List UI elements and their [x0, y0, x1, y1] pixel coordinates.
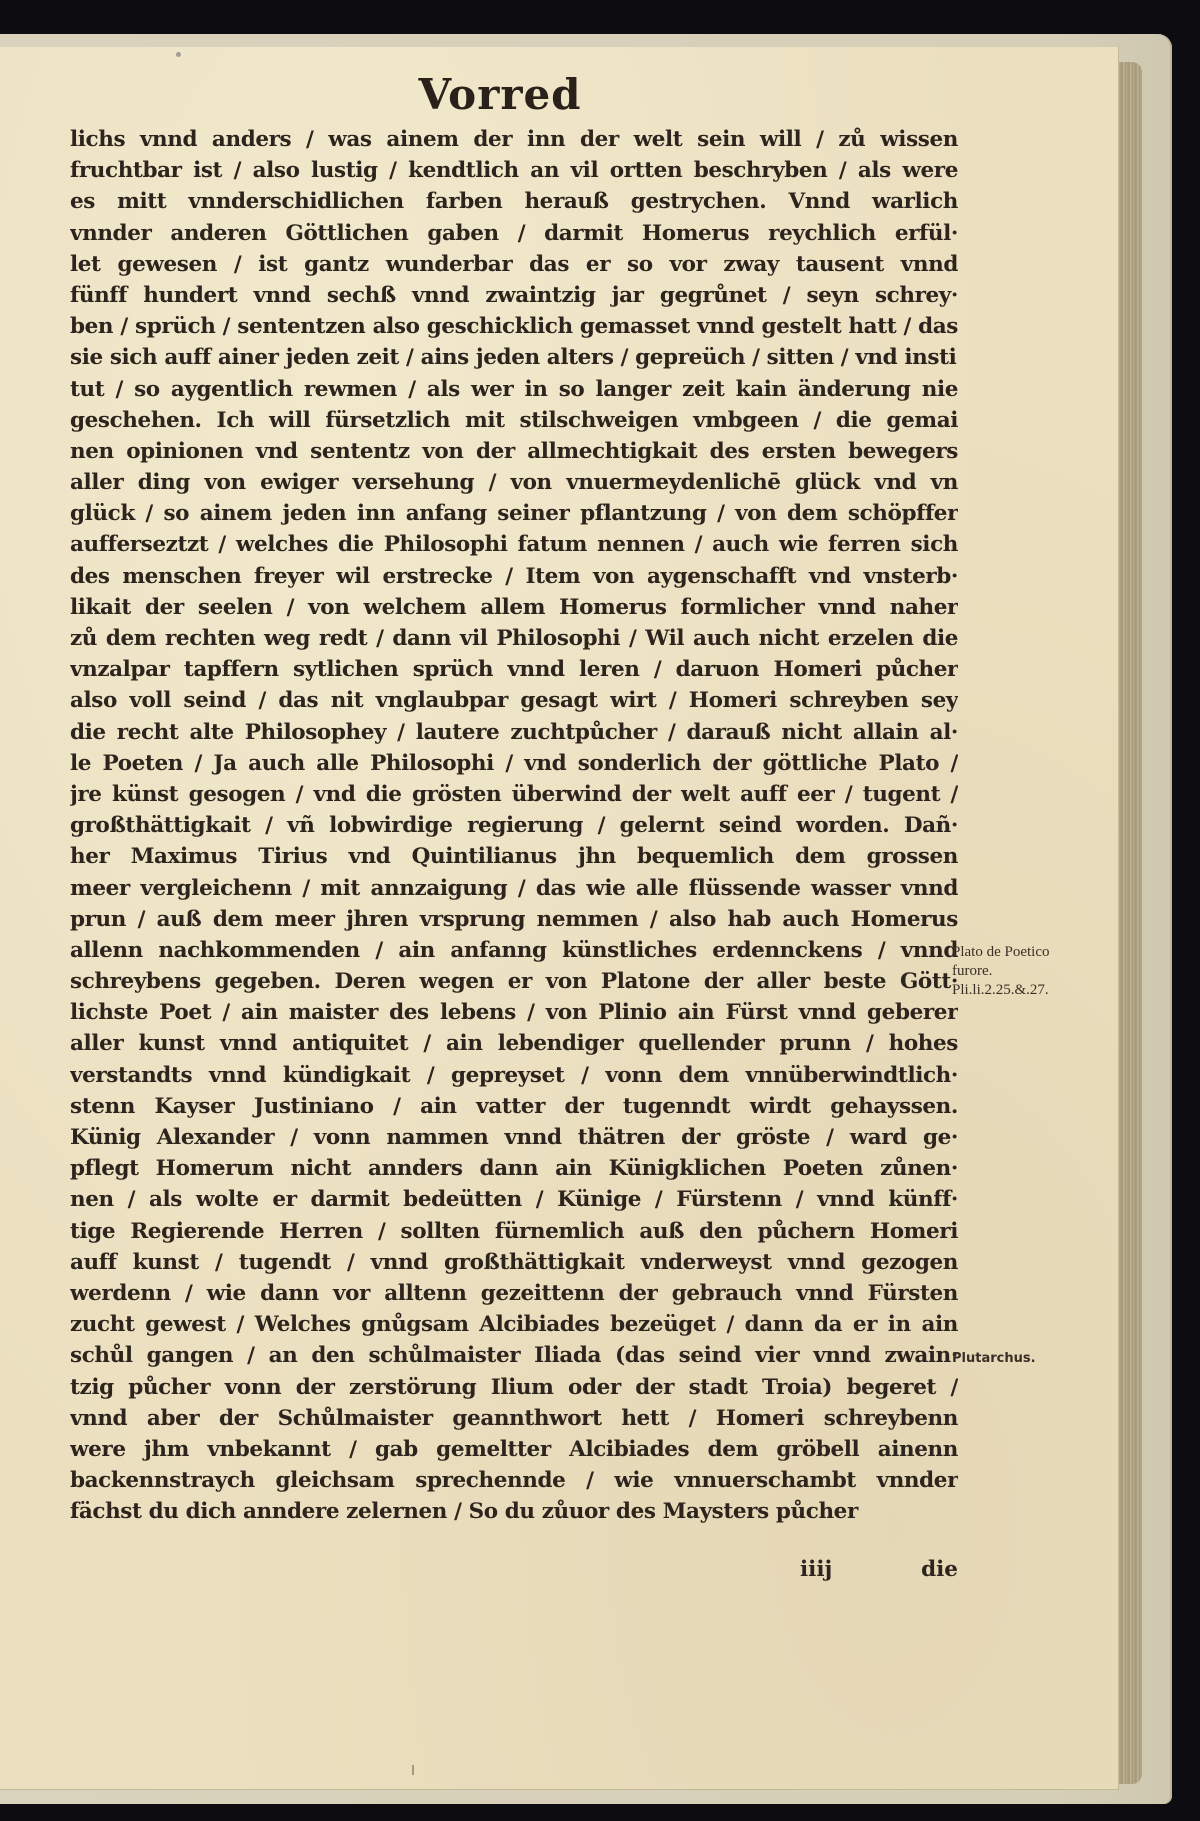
- text-line: aller kunst vnnd antiquitet / ain lebend…: [70, 1028, 958, 1059]
- text-line: glück / so ainem jeden inn anfang seiner…: [70, 498, 958, 529]
- text-line: prun / auß dem meer jhren vrsprung nemme…: [70, 904, 958, 935]
- text-line: aufferseztzt / welches die Philosophi fa…: [70, 529, 958, 560]
- text-line: stenn Kayser Justiniano / ain vatter der…: [70, 1091, 958, 1122]
- marginal-note: furore.: [952, 962, 992, 981]
- text-line: tut / so aygentlich rewmen / als wer in …: [70, 374, 958, 405]
- ink-speck: [176, 52, 181, 57]
- text-line: vnnder anderen Göttlichen gaben / darmit…: [70, 218, 958, 249]
- text-line: fruchtbar ist / also lustig / kendtlich …: [70, 155, 958, 186]
- text-line: nen / als wolte er darmit bedeütten / Kü…: [70, 1184, 958, 1215]
- text-line: es mitt vnnderschidlichen farben herauß …: [70, 186, 958, 217]
- text-line: pflegt Homerum nicht annders dann ain Kü…: [70, 1153, 958, 1184]
- text-line: ben / sprüch / sententzen also geschickl…: [70, 311, 958, 342]
- running-head: Vorred: [0, 70, 1000, 119]
- marginal-note: Plutarchus.: [952, 1349, 1036, 1368]
- marginal-note: Pli.li.2.25.&.27.: [952, 981, 1049, 1000]
- body-text: lichs vnnd anders / was ainem der inn de…: [70, 124, 958, 1527]
- marginal-note: Plato de Poetico: [952, 943, 1050, 962]
- text-line: were jhm vnbekannt / gab gemeltter Alcib…: [70, 1434, 958, 1465]
- text-line: vnzalpar tapffern sytlichen sprüch vnnd …: [70, 654, 958, 685]
- text-line: meer vergleichenn / mit annzaigung / das…: [70, 873, 958, 904]
- text-line: großthättigkait / vñ lobwirdige regierun…: [70, 810, 958, 841]
- text-line: lichste Poet / ain maister des lebens / …: [70, 997, 958, 1028]
- text-line: backennstraych gleichsam sprechennde / w…: [70, 1465, 958, 1496]
- text-line: geschehen. Ich will fürsetzlich mit stil…: [70, 405, 958, 436]
- text-line: aller ding von ewiger versehung / von vn…: [70, 467, 958, 498]
- catchword: die: [921, 1557, 958, 1582]
- text-line: die recht alte Philosophey / lautere zuc…: [70, 717, 958, 748]
- text-line: zů dem rechten weg redt / dann vil Philo…: [70, 623, 958, 654]
- signature-mark: iiij: [800, 1557, 832, 1582]
- text-line: fünff hundert vnnd sechß vnnd zwaintzig …: [70, 280, 958, 311]
- text-line: werdenn / wie dann vor alltenn gezeitten…: [70, 1278, 958, 1309]
- text-line: likait der seelen / von welchem allem Ho…: [70, 592, 958, 623]
- text-line: vnnd aber der Schůlmaister geannthwort h…: [70, 1403, 958, 1434]
- text-line: sie sich auff ainer jeden zeit / ains je…: [70, 342, 958, 373]
- text-line: auff kunst / tugendt / vnnd großthättigk…: [70, 1247, 958, 1278]
- text-line: verstandts vnnd kündigkait / gepreyset /…: [70, 1060, 958, 1091]
- text-line: also voll seind / das nit vnglaubpar ges…: [70, 685, 958, 716]
- text-line: her Maximus Tirius vnd Quintilianus jhn …: [70, 841, 958, 872]
- text-line: lichs vnnd anders / was ainem der inn de…: [70, 124, 958, 155]
- text-line: let gewesen / ist gantz wunderbar das er…: [70, 249, 958, 280]
- paper-mark: [412, 1765, 414, 1775]
- text-line: Künig Alexander / vonn nammen vnnd thätr…: [70, 1122, 958, 1153]
- text-line: allenn nachkommenden / ain anfanng künst…: [70, 935, 958, 966]
- text-line: le Poeten / Ja auch alle Philosophi / vn…: [70, 748, 958, 779]
- text-line: tige Regierende Herren / sollten fürneml…: [70, 1216, 958, 1247]
- text-line: fächst du dich anndere zelernen / So du …: [70, 1496, 958, 1527]
- text-line: des menschen freyer wil erstrecke / Item…: [70, 561, 958, 592]
- text-line: schreybens gegeben. Deren wegen er von P…: [70, 966, 958, 997]
- text-line: jre künst gesogen / vnd die grösten über…: [70, 779, 958, 810]
- text-line: nen opinionen vnd sententz von der allme…: [70, 436, 958, 467]
- text-line: schůl gangen / an den schůlmaister Iliad…: [70, 1340, 958, 1371]
- text-line: zucht gewest / Welches gnůgsam Alcibiade…: [70, 1309, 958, 1340]
- text-line: tzig půcher vonn der zerstörung Ilium od…: [70, 1372, 958, 1403]
- page-footer: iiij die: [70, 1557, 958, 1589]
